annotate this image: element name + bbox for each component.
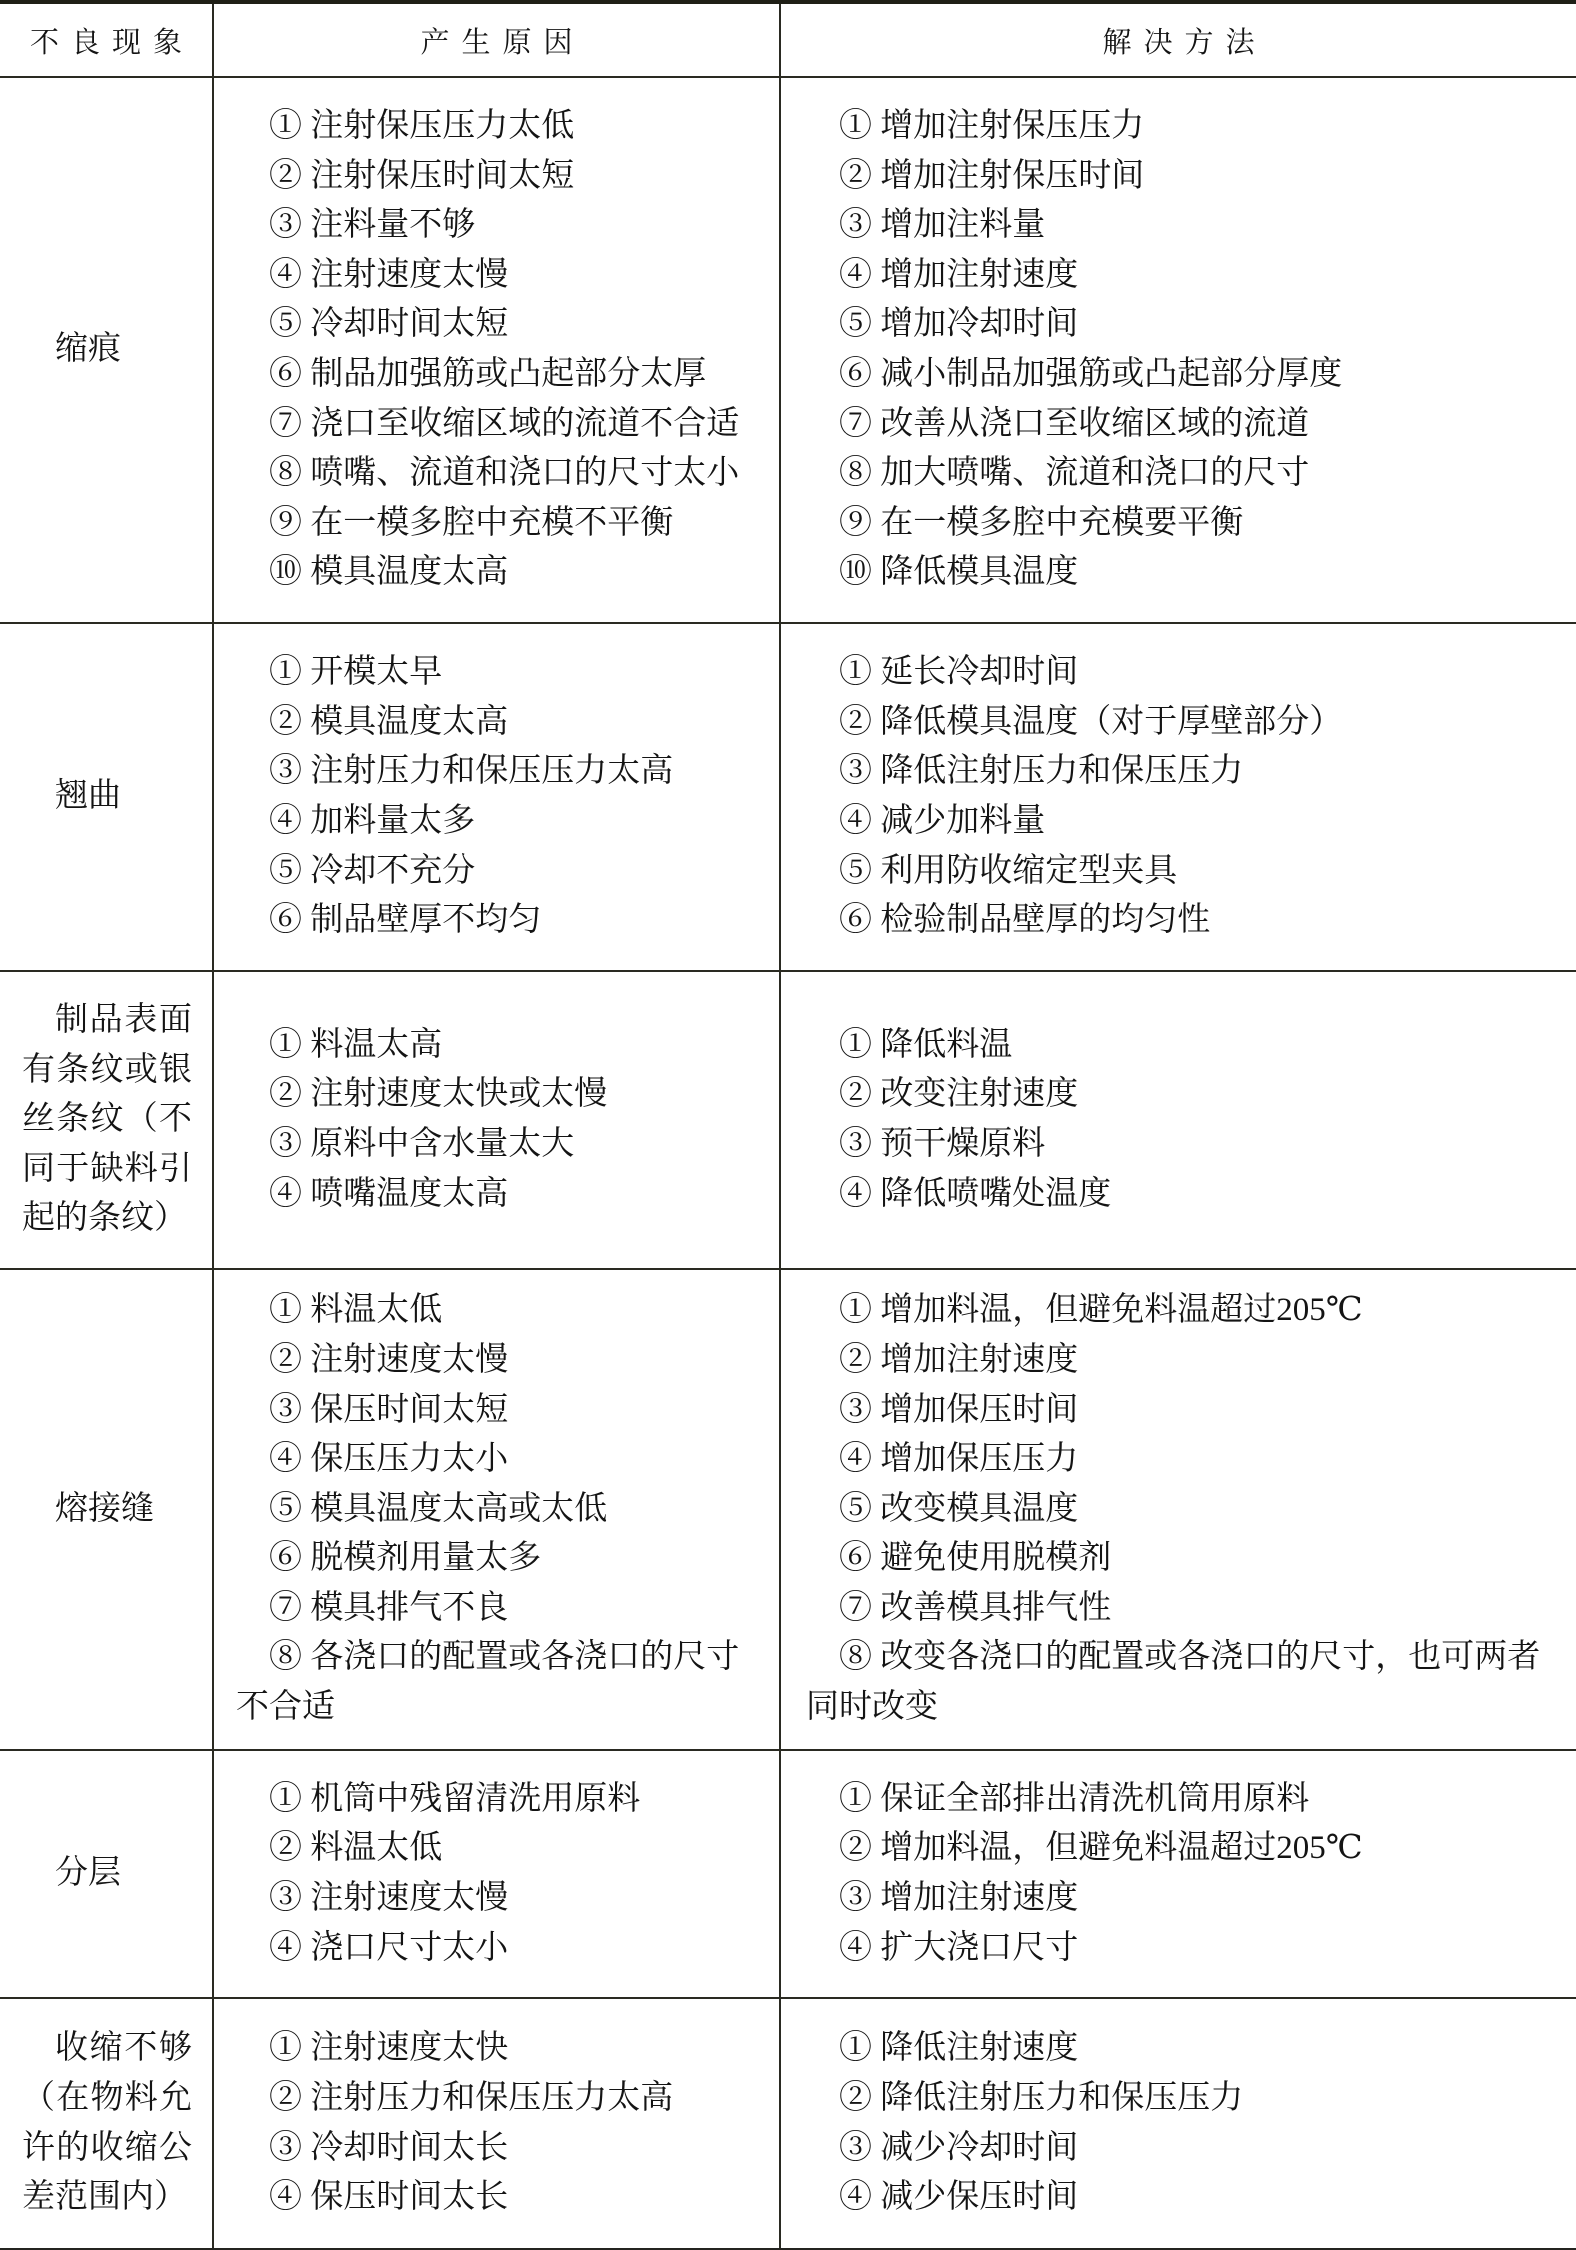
cause-item: ① 料温太低: [236, 1286, 759, 1336]
solution-list: ① 保证全部排出清洗机筒用原料 ② 增加料温，但避免料温超过205℃ ③ 增加注…: [781, 1775, 1576, 1973]
header-cause: 产生原因: [212, 4, 779, 78]
cause-item: ② 注射保压时间太短: [236, 152, 759, 202]
cause-cell: ① 开模太早 ② 模具温度太高 ③ 注射压力和保压压力太高 ④ 加料量太多 ⑤ …: [212, 624, 779, 972]
solution-item: ③ 增加保压时间: [806, 1386, 1556, 1436]
solution-item: ⑩ 降低模具温度: [806, 548, 1556, 598]
cause-item: ① 料温太高: [236, 1021, 759, 1071]
cause-item: ⑤ 模具温度太高或太低: [236, 1485, 759, 1535]
cause-list: ① 注射保压压力太低 ② 注射保压时间太短 ③ 注料量不够 ④ 注射速度太慢 ⑤…: [214, 102, 779, 598]
defect-name: 缩痕: [0, 325, 212, 375]
cause-item: ④ 加料量太多: [236, 797, 759, 847]
defect-name: 熔接缝: [0, 1485, 212, 1535]
solution-cell: ① 降低料温 ② 改变注射速度 ③ 预干燥原料 ④ 降低喷嘴处温度: [779, 972, 1576, 1270]
solution-item: ④ 降低喷嘴处温度: [806, 1170, 1556, 1220]
solution-item: ⑦ 改善模具排气性: [806, 1584, 1556, 1634]
defect-cell: 熔接缝: [0, 1270, 212, 1751]
solution-item: ② 增加注射速度: [806, 1336, 1556, 1386]
cause-list: ① 开模太早 ② 模具温度太高 ③ 注射压力和保压压力太高 ④ 加料量太多 ⑤ …: [214, 648, 779, 946]
cause-item: ⑧ 各浇口的配置或各浇口的尺寸不合适: [236, 1633, 759, 1732]
solution-item: ⑧ 加大喷嘴、流道和浇口的尺寸: [806, 449, 1556, 499]
solution-cell: ① 增加料温，但避免料温超过205℃ ② 增加注射速度 ③ 增加保压时间 ④ 增…: [779, 1270, 1576, 1751]
solution-item: ① 增加注射保压压力: [806, 102, 1556, 152]
defect-cell: 分层: [0, 1751, 212, 1999]
cause-item: ③ 原料中含水量太大: [236, 1120, 759, 1170]
solution-list: ① 增加料温，但避免料温超过205℃ ② 增加注射速度 ③ 增加保压时间 ④ 增…: [781, 1286, 1576, 1732]
solution-item: ② 增加料温，但避免料温超过205℃: [806, 1824, 1556, 1874]
solution-cell: ① 延长冷却时间 ② 降低模具温度（对于厚壁部分） ③ 降低注射压力和保压压力 …: [779, 624, 1576, 972]
cause-item: ② 注射压力和保压压力太高: [236, 2074, 759, 2124]
solution-item: ③ 增加注射速度: [806, 1874, 1556, 1924]
cause-item: ⑥ 脱模剂用量太多: [236, 1534, 759, 1584]
solution-item: ③ 降低注射压力和保压压力: [806, 747, 1556, 797]
defect-table-page: 不良现象 产生原因 解决方法 缩痕 ① 注射保压压力太低 ② 注射保压时间太短 …: [0, 0, 1576, 2250]
cause-item: ④ 保压时间太长: [236, 2173, 759, 2223]
cause-item: ⑨ 在一模多腔中充模不平衡: [236, 499, 759, 549]
solution-item: ⑥ 减小制品加强筋或凸起部分厚度: [806, 350, 1556, 400]
cause-item: ⑥ 制品加强筋或凸起部分太厚: [236, 350, 759, 400]
solution-cell: ① 增加注射保压压力 ② 增加注射保压时间 ③ 增加注料量 ④ 增加注射速度 ⑤…: [779, 78, 1576, 624]
solution-item: ⑦ 改善从浇口至收缩区域的流道: [806, 400, 1556, 450]
cause-cell: ① 注射保压压力太低 ② 注射保压时间太短 ③ 注料量不够 ④ 注射速度太慢 ⑤…: [212, 78, 779, 624]
cause-item: ① 注射速度太快: [236, 2024, 759, 2074]
solution-item: ④ 增加注射速度: [806, 251, 1556, 301]
solution-item: ⑤ 改变模具温度: [806, 1485, 1556, 1535]
cause-item: ② 模具温度太高: [236, 698, 759, 748]
solution-list: ① 增加注射保压压力 ② 增加注射保压时间 ③ 增加注料量 ④ 增加注射速度 ⑤…: [781, 102, 1576, 598]
solution-item: ① 降低注射速度: [806, 2024, 1556, 2074]
cause-item: ⑥ 制品壁厚不均匀: [236, 896, 759, 946]
solution-item: ① 延长冷却时间: [806, 648, 1556, 698]
defect-cell: 收缩不够（在物料允许的收缩公差范围内）: [0, 1999, 212, 2248]
solution-item: ③ 增加注料量: [806, 201, 1556, 251]
solution-item: ④ 扩大浇口尺寸: [806, 1924, 1556, 1974]
cause-item: ④ 喷嘴温度太高: [236, 1170, 759, 1220]
cause-item: ⑤ 冷却不充分: [236, 847, 759, 897]
solution-cell: ① 降低注射速度 ② 降低注射压力和保压压力 ③ 减少冷却时间 ④ 减少保压时间: [779, 1999, 1576, 2248]
solution-list: ① 降低料温 ② 改变注射速度 ③ 预干燥原料 ④ 降低喷嘴处温度: [781, 1021, 1576, 1219]
cause-item: ⑩ 模具温度太高: [236, 548, 759, 598]
cause-list: ① 料温太高 ② 注射速度太快或太慢 ③ 原料中含水量太大 ④ 喷嘴温度太高: [214, 1021, 779, 1219]
cause-item: ④ 注射速度太慢: [236, 251, 759, 301]
header-defect: 不良现象: [0, 4, 212, 78]
solution-item: ④ 增加保压压力: [806, 1435, 1556, 1485]
cause-item: ③ 注射压力和保压压力太高: [236, 747, 759, 797]
cause-item: ③ 注料量不够: [236, 201, 759, 251]
solution-item: ⑥ 避免使用脱模剂: [806, 1534, 1556, 1584]
solution-item: ⑨ 在一模多腔中充模要平衡: [806, 499, 1556, 549]
defect-table: 不良现象 产生原因 解决方法 缩痕 ① 注射保压压力太低 ② 注射保压时间太短 …: [0, 4, 1576, 2248]
solution-item: ④ 减少加料量: [806, 797, 1556, 847]
cause-item: ⑤ 冷却时间太短: [236, 300, 759, 350]
cause-item: ① 注射保压压力太低: [236, 102, 759, 152]
cause-cell: ① 注射速度太快 ② 注射压力和保压压力太高 ③ 冷却时间太长 ④ 保压时间太长: [212, 1999, 779, 2248]
cause-cell: ① 料温太高 ② 注射速度太快或太慢 ③ 原料中含水量太大 ④ 喷嘴温度太高: [212, 972, 779, 1270]
solution-item: ① 降低料温: [806, 1021, 1556, 1071]
cause-item: ⑧ 喷嘴、流道和浇口的尺寸太小: [236, 449, 759, 499]
cause-item: ② 料温太低: [236, 1824, 759, 1874]
cause-item: ③ 冷却时间太长: [236, 2124, 759, 2174]
defect-name: 翘曲: [0, 772, 212, 822]
solution-item: ⑤ 增加冷却时间: [806, 300, 1556, 350]
defect-name: 分层: [0, 1849, 212, 1899]
defect-name: 制品表面有条纹或银丝条纹（不同于缺料引起的条纹）: [0, 996, 212, 1244]
solution-item: ⑧ 改变各浇口的配置或各浇口的尺寸，也可两者同时改变: [806, 1633, 1556, 1732]
cause-list: ① 料温太低 ② 注射速度太慢 ③ 保压时间太短 ④ 保压压力太小 ⑤ 模具温度…: [214, 1286, 779, 1732]
header-solution: 解决方法: [779, 4, 1576, 78]
cause-item: ① 开模太早: [236, 648, 759, 698]
cause-list: ① 注射速度太快 ② 注射压力和保压压力太高 ③ 冷却时间太长 ④ 保压时间太长: [214, 2024, 779, 2222]
solution-item: ② 增加注射保压时间: [806, 152, 1556, 202]
solution-item: ② 降低注射压力和保压压力: [806, 2074, 1556, 2124]
cause-item: ⑦ 浇口至收缩区域的流道不合适: [236, 400, 759, 450]
cause-item: ② 注射速度太快或太慢: [236, 1070, 759, 1120]
defect-name: 收缩不够（在物料允许的收缩公差范围内）: [0, 2024, 212, 2222]
solution-item: ① 增加料温，但避免料温超过205℃: [806, 1286, 1556, 1336]
solution-item: ① 保证全部排出清洗机筒用原料: [806, 1775, 1556, 1825]
cause-item: ③ 保压时间太短: [236, 1386, 759, 1436]
cause-item: ① 机筒中残留清洗用原料: [236, 1775, 759, 1825]
solution-item: ⑤ 利用防收缩定型夹具: [806, 847, 1556, 897]
cause-cell: ① 机筒中残留清洗用原料 ② 料温太低 ③ 注射速度太慢 ④ 浇口尺寸太小: [212, 1751, 779, 1999]
cause-item: ⑦ 模具排气不良: [236, 1584, 759, 1634]
solution-item: ④ 减少保压时间: [806, 2173, 1556, 2223]
defect-cell: 制品表面有条纹或银丝条纹（不同于缺料引起的条纹）: [0, 972, 212, 1270]
defect-cell: 翘曲: [0, 624, 212, 972]
defect-cell: 缩痕: [0, 78, 212, 624]
cause-item: ③ 注射速度太慢: [236, 1874, 759, 1924]
solution-item: ③ 预干燥原料: [806, 1120, 1556, 1170]
solution-item: ⑥ 检验制品壁厚的均匀性: [806, 896, 1556, 946]
solution-item: ② 改变注射速度: [806, 1070, 1556, 1120]
cause-item: ④ 保压压力太小: [236, 1435, 759, 1485]
cause-item: ④ 浇口尺寸太小: [236, 1924, 759, 1974]
cause-list: ① 机筒中残留清洗用原料 ② 料温太低 ③ 注射速度太慢 ④ 浇口尺寸太小: [214, 1775, 779, 1973]
solution-list: ① 延长冷却时间 ② 降低模具温度（对于厚壁部分） ③ 降低注射压力和保压压力 …: [781, 648, 1576, 946]
cause-item: ② 注射速度太慢: [236, 1336, 759, 1386]
solution-item: ③ 减少冷却时间: [806, 2124, 1556, 2174]
solution-item: ② 降低模具温度（对于厚壁部分）: [806, 698, 1556, 748]
cause-cell: ① 料温太低 ② 注射速度太慢 ③ 保压时间太短 ④ 保压压力太小 ⑤ 模具温度…: [212, 1270, 779, 1751]
solution-list: ① 降低注射速度 ② 降低注射压力和保压压力 ③ 减少冷却时间 ④ 减少保压时间: [781, 2024, 1576, 2222]
solution-cell: ① 保证全部排出清洗机筒用原料 ② 增加料温，但避免料温超过205℃ ③ 增加注…: [779, 1751, 1576, 1999]
